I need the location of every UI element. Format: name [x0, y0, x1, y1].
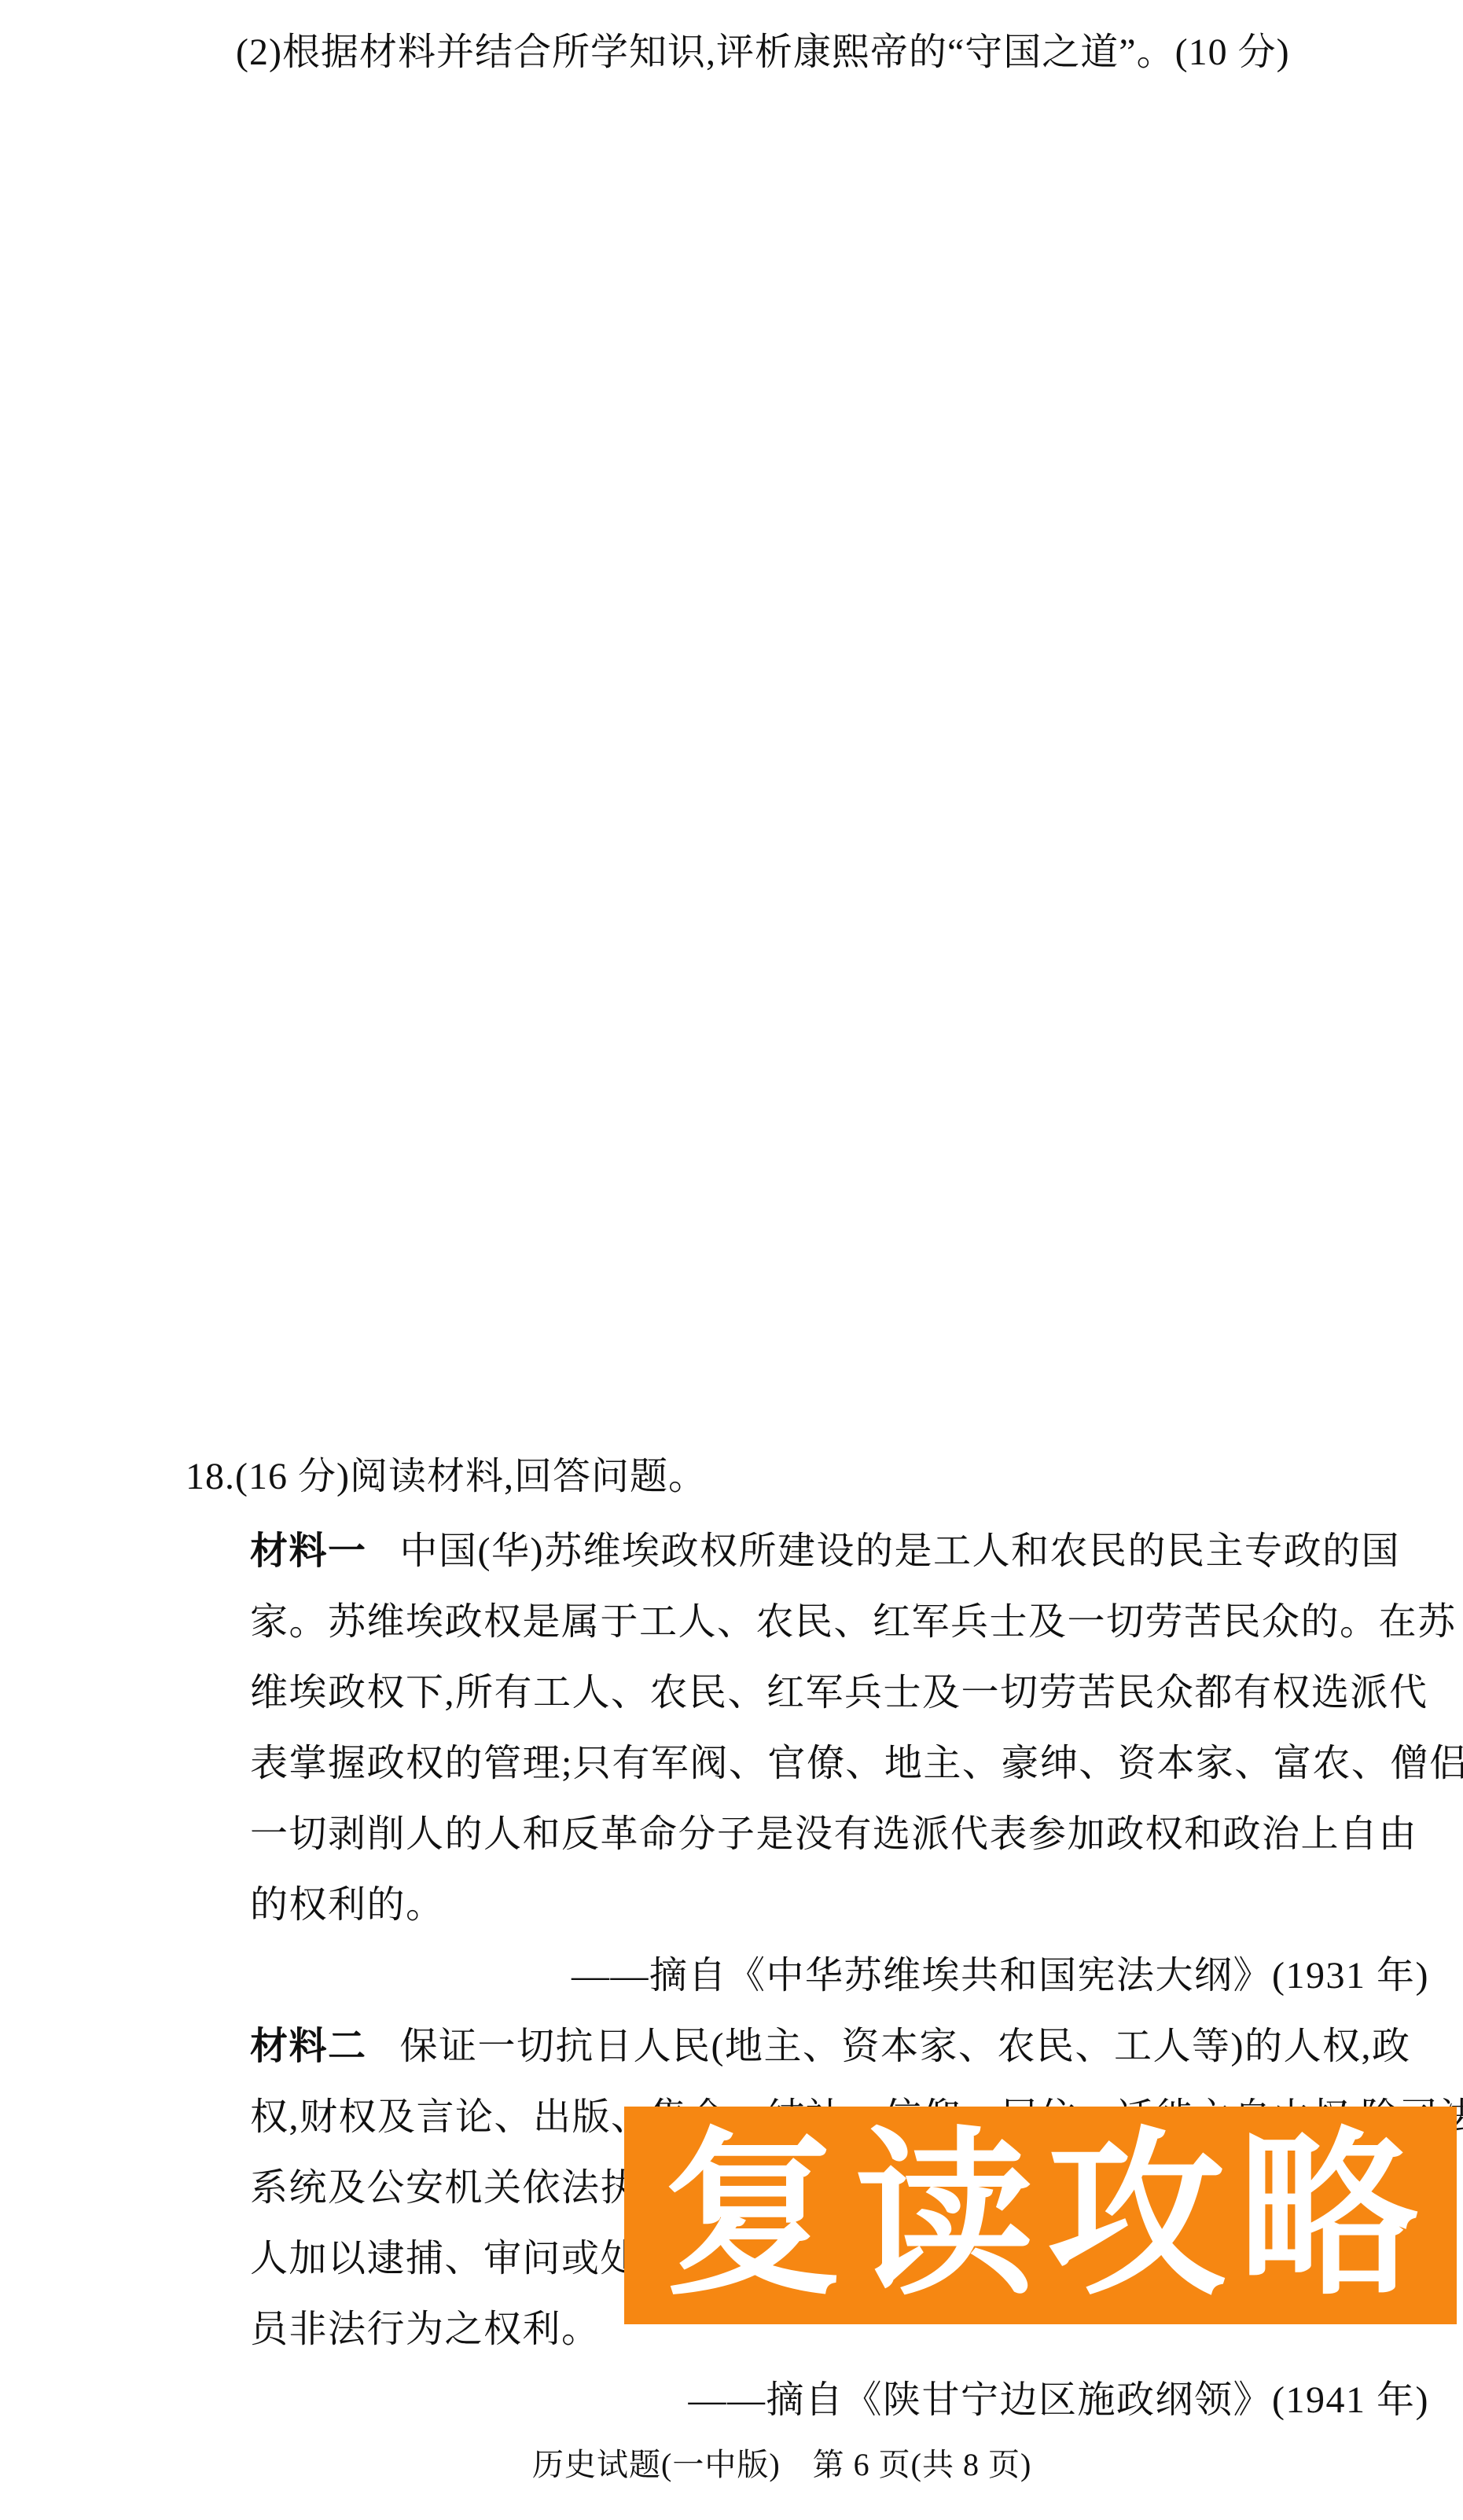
- material2-label: 材料二: [250, 2026, 367, 2067]
- material1-source-attribution: ——摘自《中华苏维埃共和国宪法大纲》(1931 年): [250, 1941, 1429, 2011]
- material1-line: 家。苏维埃政权是属于工人、农民、红军兵士及一切劳苦民众的。在苏: [250, 1587, 1429, 1658]
- page-footer: 历史试题(一中版) 第 6 页(共 8 页): [532, 2441, 1031, 2489]
- question-2-text: (2)根据材料并结合所学知识,评析康熙帝的“守国之道”。(10 分): [236, 17, 1290, 88]
- material1-line: 的权利的。: [250, 1870, 1429, 1941]
- exam-page: (2)根据材料并结合所学知识,评析康熙帝的“守国之道”。(10 分) 18.(1…: [0, 0, 1463, 2520]
- material1-label: 材料一: [250, 1530, 367, 1572]
- material2-first-line: 材料二保证一切抗日人民(地主、资本家、农民、工人等)的人权,政: [250, 2011, 1429, 2082]
- question-18-heading: 18.(16 分)阅读材料,回答问题。: [186, 1442, 707, 1512]
- promo-overlay-text: 复读攻略: [651, 2126, 1431, 2305]
- material1-line-text: 中国(华)苏维埃政权所建设的是工人和农民的民主专政的国: [400, 1530, 1400, 1572]
- material2-source-attribution: ——摘自《陕甘宁边区施政纲领》(1941 年): [250, 2365, 1429, 2436]
- material1-line: 维埃政权下,所有工人、农民、红军兵士及一切劳苦民众都有权选派代: [250, 1658, 1429, 1728]
- material2-line-text: 保证一切抗日人民(地主、资本家、农民、工人等)的人权,政: [400, 2026, 1411, 2067]
- promo-overlay-banner: 复读攻略: [624, 2107, 1457, 2324]
- material1-line: 一切剥削人的人和反革命分子是没有选派代表参加政权和政治上自由: [250, 1799, 1429, 1870]
- material1-line: 表掌握政权的管理;只有军阀、官僚、地主、豪绅、资本家、富农、僧侣及: [250, 1728, 1429, 1799]
- material1-first-line: 材料一中国(华)苏维埃政权所建设的是工人和农民的民主专政的国: [250, 1516, 1429, 1587]
